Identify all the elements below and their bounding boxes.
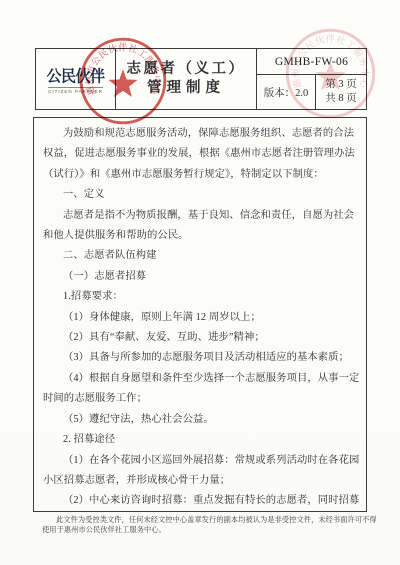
document-title-line1: 志愿者（义工） [127, 60, 246, 79]
scanned-document-page: { "page": { "header": { "logo": { "text"… [0, 0, 400, 565]
document-line: （3）具备与所参加的志愿服务项目及活动相适应的基本素质； [43, 348, 357, 368]
document-line: 2. 招募途径 [43, 430, 357, 450]
footer-line: 此文件为受控类文件，任何未经文控中心盖章发行的副本均被认为是非受控文件，未经书面… [42, 516, 366, 526]
document-line: （1）身体健康，原则上年满 12 周岁以上； [43, 308, 357, 328]
document-number: GMHB-FW-06 [257, 49, 366, 75]
document-line: 为鼓励和规范志愿服务活动，保障志愿服务组织、志愿者的合法 [43, 124, 357, 144]
page-total: 共 8 页 [325, 92, 357, 106]
document-line: 小区招募志愿者，并形成核心骨干力量； [43, 471, 357, 491]
organization-logo: 公民伙伴 [46, 64, 104, 86]
document-body-lines: 为鼓励和规范志愿服务活动，保障志愿服务组织、志愿者的合法权益，促进志愿服务事业的… [43, 124, 357, 512]
document-body-frame: 为鼓励和规范志愿服务活动，保障志愿服务组织、志愿者的合法权益，促进志愿服务事业的… [33, 117, 367, 512]
document-line: 和他人提供服务和帮助的公民。 [43, 226, 357, 246]
document-version: 版本：2.0 [257, 75, 316, 109]
page-indicator: 第 3 页 共 8 页 [316, 75, 366, 109]
logo-cell: 公民伙伴 CITIZEN PARTNER [36, 49, 116, 109]
document-footer-disclaimer: 此文件为受控类文件，任何未经文控中心盖章发行的副本均被认为是非受控文件，未经书面… [42, 516, 366, 535]
document-title-line2: 管理制度 [147, 79, 225, 98]
organization-logo-tagline: CITIZEN PARTNER [48, 87, 103, 94]
footer-line: 使用于惠州市公民伙伴社工服务中心。 [42, 526, 366, 536]
document-line: 二、志愿者队伍构建 [43, 246, 357, 266]
document-line: （4）根据自身愿望和条件至少选择一个志愿服务项目，从事一定 [43, 369, 357, 389]
document-line: 一、定义 [43, 185, 357, 205]
document-line: （2）具有“奉献、友爱、互助、进步”精神； [43, 328, 357, 348]
document-line: 志愿者是指不为物质报酬，基于良知、信念和责任，自愿为社会 [43, 206, 357, 226]
document-line: 1.招募要求： [43, 287, 357, 307]
document-line: 时间的志愿服务工作； [43, 389, 357, 409]
document-line: 权益，促进志愿服务事业的发展，根据《惠州市志愿者注册管理办法 [43, 144, 357, 164]
document-line: （试行）》和《惠州市志愿服务暂行规定》，特制定以下制度： [43, 165, 357, 185]
document-meta-cell: GMHB-FW-06 版本：2.0 第 3 页 共 8 页 [257, 49, 366, 109]
document-title-cell: 志愿者（义工） 管理制度 [116, 49, 257, 109]
document-line: （5）遵纪守法，热心社会公益。 [43, 410, 357, 430]
document-header-table: 公民伙伴 CITIZEN PARTNER 志愿者（义工） 管理制度 GMHB-F… [35, 48, 367, 110]
document-line: （一）志愿者招募 [43, 267, 357, 287]
document-line: （2）中心来访咨询时招募：重点发掘有特长的志愿者，同时招募 [43, 491, 357, 511]
document-line: （1）在各个花园小区巡回外展招募：常规或系列活动时在各花园 [43, 451, 357, 471]
page-number: 第 3 页 [325, 78, 357, 92]
